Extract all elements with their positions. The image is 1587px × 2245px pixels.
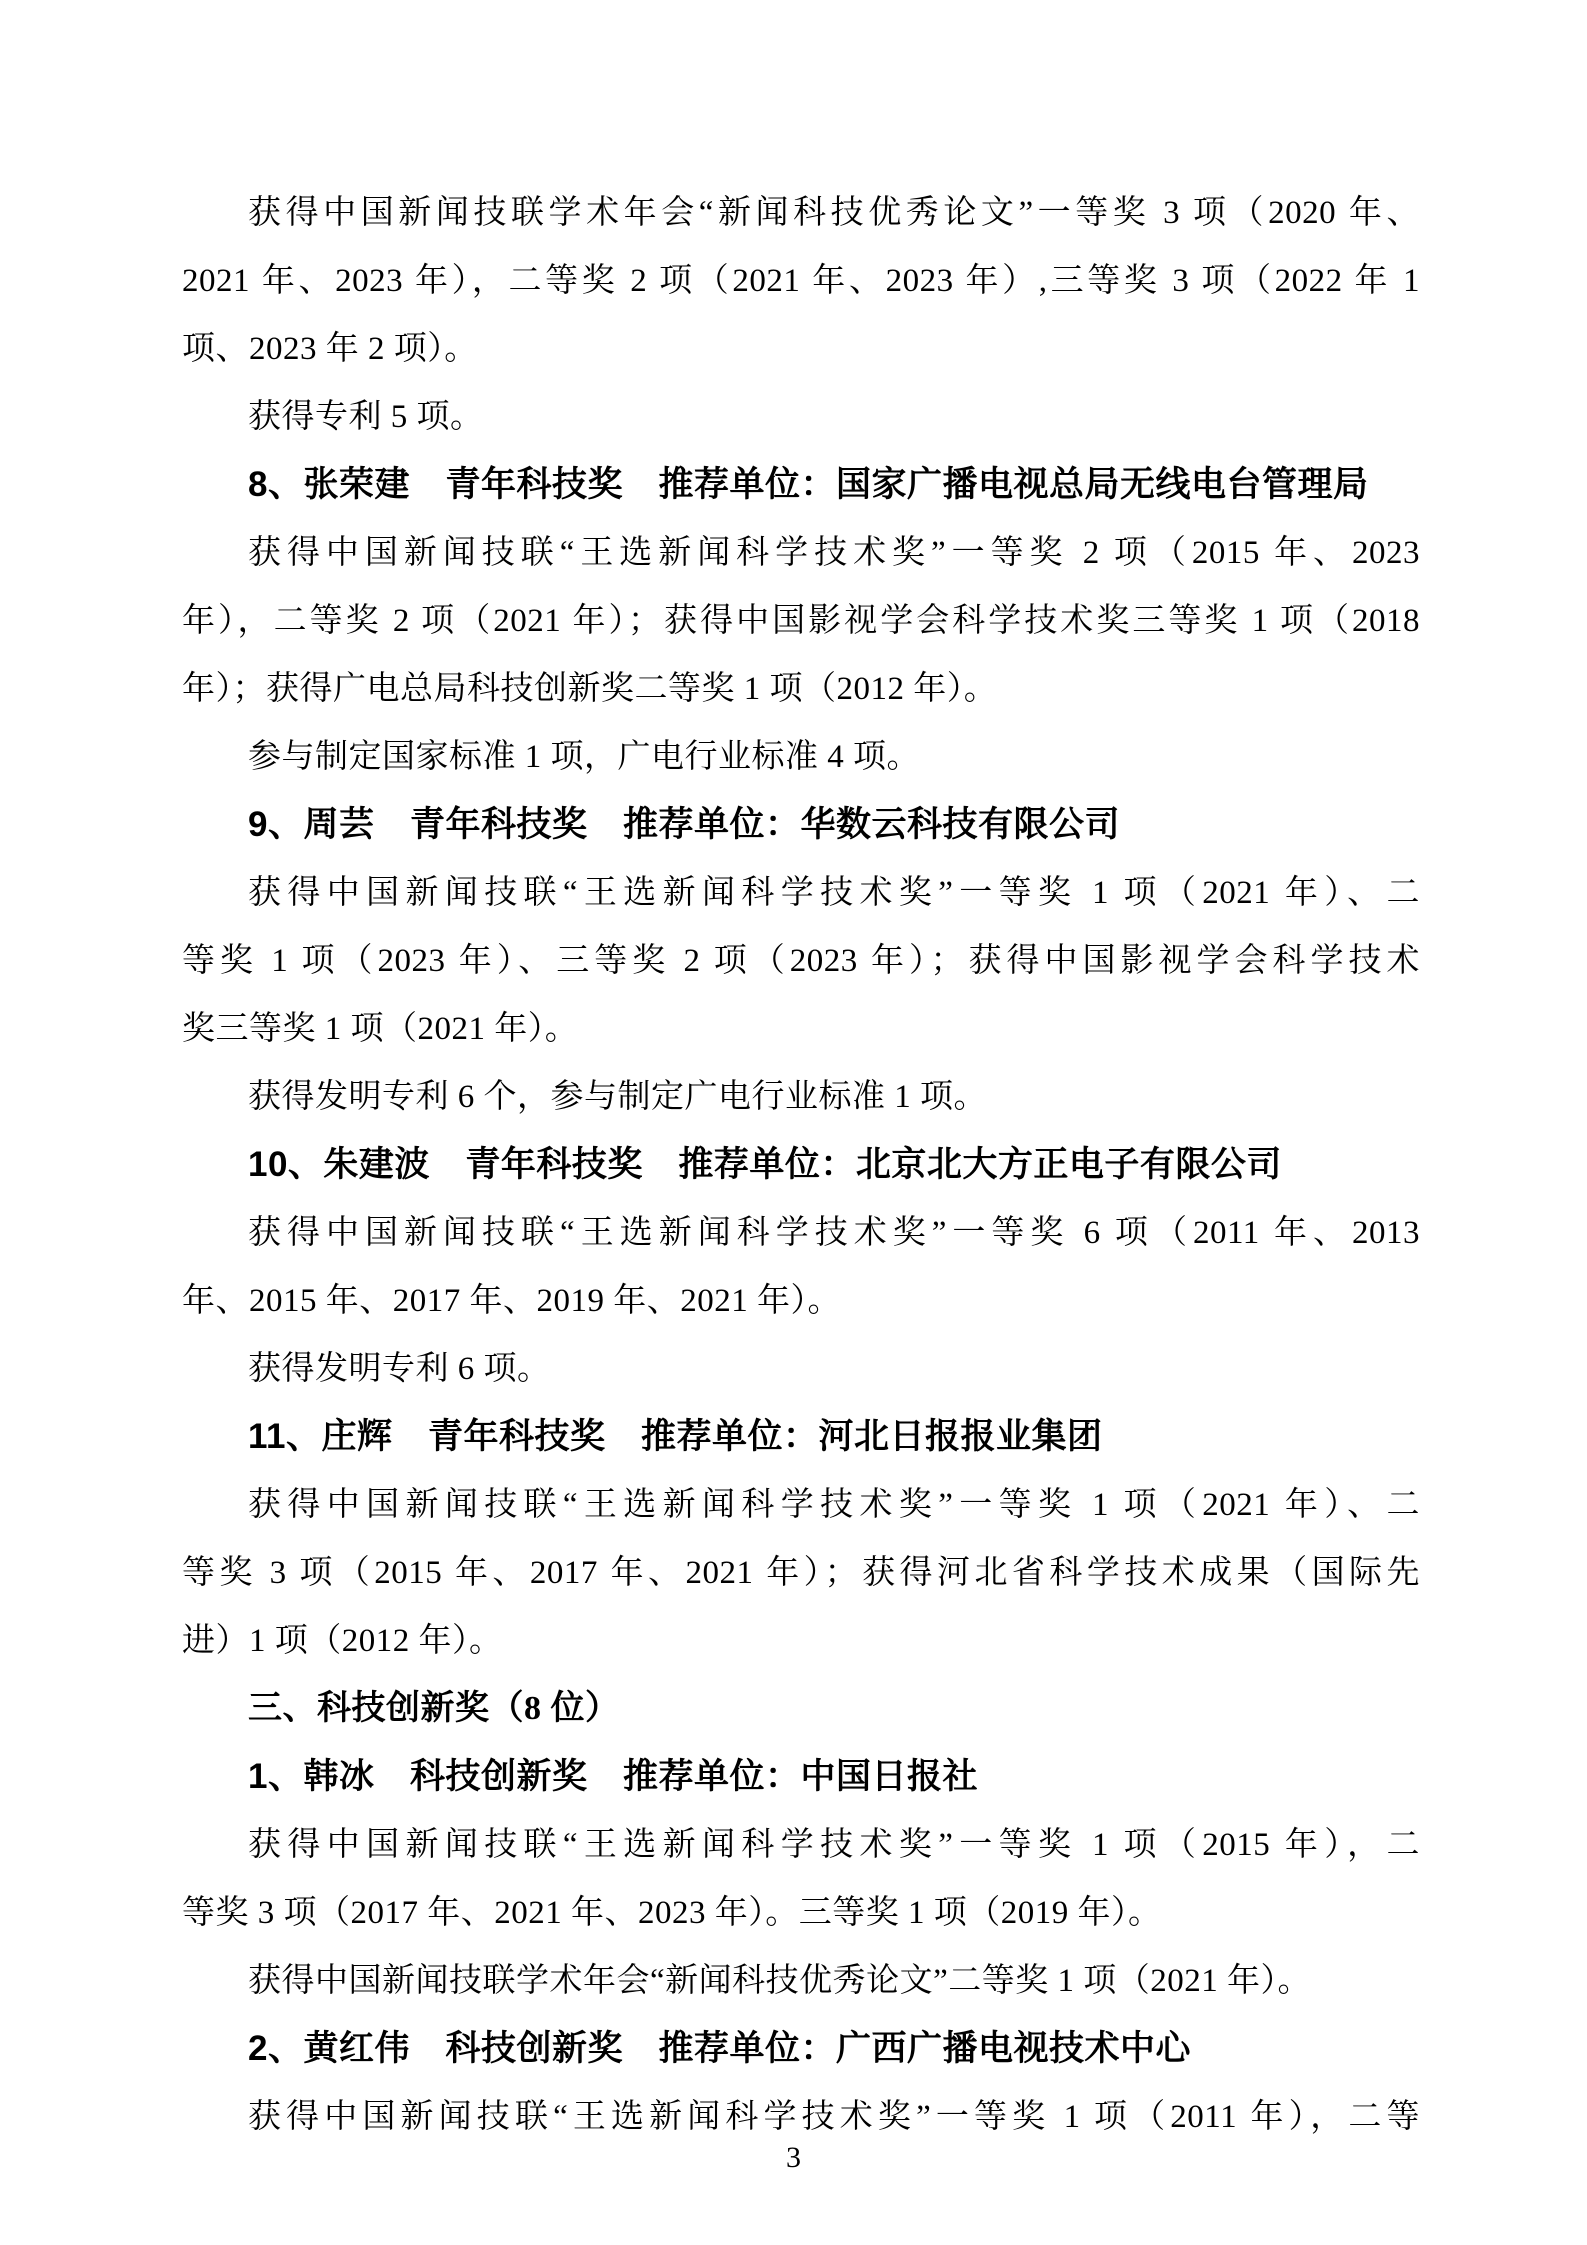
award-heading: 2、黄红伟 科技创新奖 推荐单位：广西广播电视技术中心 <box>182 2015 1420 2083</box>
paragraph-line: 项、2023 年 2 项）。 <box>182 315 1420 383</box>
paragraph-line: 获得中国新闻技联学术年会“新闻科技优秀论文”一等奖 3 项（2020 年、 <box>182 179 1420 247</box>
award-heading: 10、朱建波 青年科技奖 推荐单位：北京北大方正电子有限公司 <box>182 1131 1420 1199</box>
body-paragraph: 获得发明专利 6 个，参与制定广电行业标准 1 项。 <box>182 1063 1420 1131</box>
body-paragraph: 参与制定国家标准 1 项，广电行业标准 4 项。 <box>182 723 1420 791</box>
award-heading-paragraph: 2、黄红伟 科技创新奖 推荐单位：广西广播电视技术中心 <box>182 2015 1420 2083</box>
award-heading: 1、韩冰 科技创新奖 推荐单位：中国日报社 <box>182 1743 1420 1811</box>
paragraph-line: 参与制定国家标准 1 项，广电行业标准 4 项。 <box>182 723 1420 791</box>
paragraph-line: 奖三等奖 1 项（2021 年）。 <box>182 995 1420 1063</box>
paragraph-line: 获得中国新闻技联“王选新闻科学技术奖”一等奖 2 项（2015 年、2023 <box>182 519 1420 587</box>
body-paragraph: 获得中国新闻技联“王选新闻科学技术奖”一等奖 1 项（2021 年）、二等奖 3… <box>182 1471 1420 1675</box>
body-paragraph: 获得中国新闻技联“王选新闻科学技术奖”一等奖 6 项（2011 年、2013年、… <box>182 1199 1420 1335</box>
paragraph-line: 获得中国新闻技联“王选新闻科学技术奖”一等奖 6 项（2011 年、2013 <box>182 1199 1420 1267</box>
award-heading: 11、庄辉 青年科技奖 推荐单位：河北日报报业集团 <box>182 1403 1420 1471</box>
body-paragraph: 获得中国新闻技联学术年会“新闻科技优秀论文”二等奖 1 项（2021 年）。 <box>182 1947 1420 2015</box>
paragraph-line: 年），二等奖 2 项（2021 年）；获得中国影视学会科学技术奖三等奖 1 项（… <box>182 587 1420 655</box>
award-heading-paragraph: 9、周芸 青年科技奖 推荐单位：华数云科技有限公司 <box>182 791 1420 859</box>
text-content: 获得中国新闻技联学术年会“新闻科技优秀论文”一等奖 3 项（2020 年、202… <box>182 179 1420 2151</box>
award-heading: 9、周芸 青年科技奖 推荐单位：华数云科技有限公司 <box>182 791 1420 859</box>
paragraph-line: 等奖 3 项（2017 年、2021 年、2023 年）。三等奖 1 项（201… <box>182 1879 1420 1947</box>
page-number: 3 <box>786 2141 801 2174</box>
paragraph-line: 年）；获得广电总局科技创新奖二等奖 1 项（2012 年）。 <box>182 655 1420 723</box>
award-heading: 8、张荣建 青年科技奖 推荐单位：国家广播电视总局无线电台管理局 <box>182 451 1420 519</box>
paragraph-line: 获得中国新闻技联“王选新闻科学技术奖”一等奖 1 项（2015 年），二 <box>182 1811 1420 1879</box>
body-paragraph: 获得中国新闻技联学术年会“新闻科技优秀论文”一等奖 3 项（2020 年、202… <box>182 179 1420 383</box>
paragraph-line: 获得发明专利 6 个，参与制定广电行业标准 1 项。 <box>182 1063 1420 1131</box>
award-heading-paragraph: 8、张荣建 青年科技奖 推荐单位：国家广播电视总局无线电台管理局 <box>182 451 1420 519</box>
paragraph-line: 获得专利 5 项。 <box>182 383 1420 451</box>
body-paragraph: 获得专利 5 项。 <box>182 383 1420 451</box>
page-footer: 3 <box>0 2138 1587 2178</box>
award-heading-paragraph: 1、韩冰 科技创新奖 推荐单位：中国日报社 <box>182 1743 1420 1811</box>
paragraph-line: 2021 年、2023 年），二等奖 2 项（2021 年、2023 年）,三等… <box>182 247 1420 315</box>
paragraph-line: 等奖 1 项（2023 年）、三等奖 2 项（2023 年）；获得中国影视学会科… <box>182 927 1420 995</box>
award-heading-paragraph: 10、朱建波 青年科技奖 推荐单位：北京北大方正电子有限公司 <box>182 1131 1420 1199</box>
section-heading: 三、科技创新奖（8 位） <box>182 1675 1420 1743</box>
paragraph-line: 进）1 项（2012 年）。 <box>182 1607 1420 1675</box>
paragraph-line: 获得中国新闻技联“王选新闻科学技术奖”一等奖 1 项（2021 年）、二 <box>182 1471 1420 1539</box>
paragraph-line: 获得发明专利 6 项。 <box>182 1335 1420 1403</box>
paragraph-line: 年、2015 年、2017 年、2019 年、2021 年）。 <box>182 1267 1420 1335</box>
document-page: 获得中国新闻技联学术年会“新闻科技优秀论文”一等奖 3 项（2020 年、202… <box>0 0 1587 2245</box>
body-paragraph: 获得中国新闻技联“王选新闻科学技术奖”一等奖 2 项（2015 年、2023年）… <box>182 519 1420 723</box>
award-heading-paragraph: 11、庄辉 青年科技奖 推荐单位：河北日报报业集团 <box>182 1403 1420 1471</box>
paragraph-line: 等奖 3 项（2015 年、2017 年、2021 年）；获得河北省科学技术成果… <box>182 1539 1420 1607</box>
paragraph-line: 获得中国新闻技联“王选新闻科学技术奖”一等奖 1 项（2021 年）、二 <box>182 859 1420 927</box>
paragraph-line: 获得中国新闻技联学术年会“新闻科技优秀论文”二等奖 1 项（2021 年）。 <box>182 1947 1420 2015</box>
body-paragraph: 获得中国新闻技联“王选新闻科学技术奖”一等奖 1 项（2021 年）、二等奖 1… <box>182 859 1420 1063</box>
body-paragraph: 获得中国新闻技联“王选新闻科学技术奖”一等奖 1 项（2015 年），二等奖 3… <box>182 1811 1420 1947</box>
body-paragraph: 获得发明专利 6 项。 <box>182 1335 1420 1403</box>
section-heading-paragraph: 三、科技创新奖（8 位） <box>182 1675 1420 1743</box>
